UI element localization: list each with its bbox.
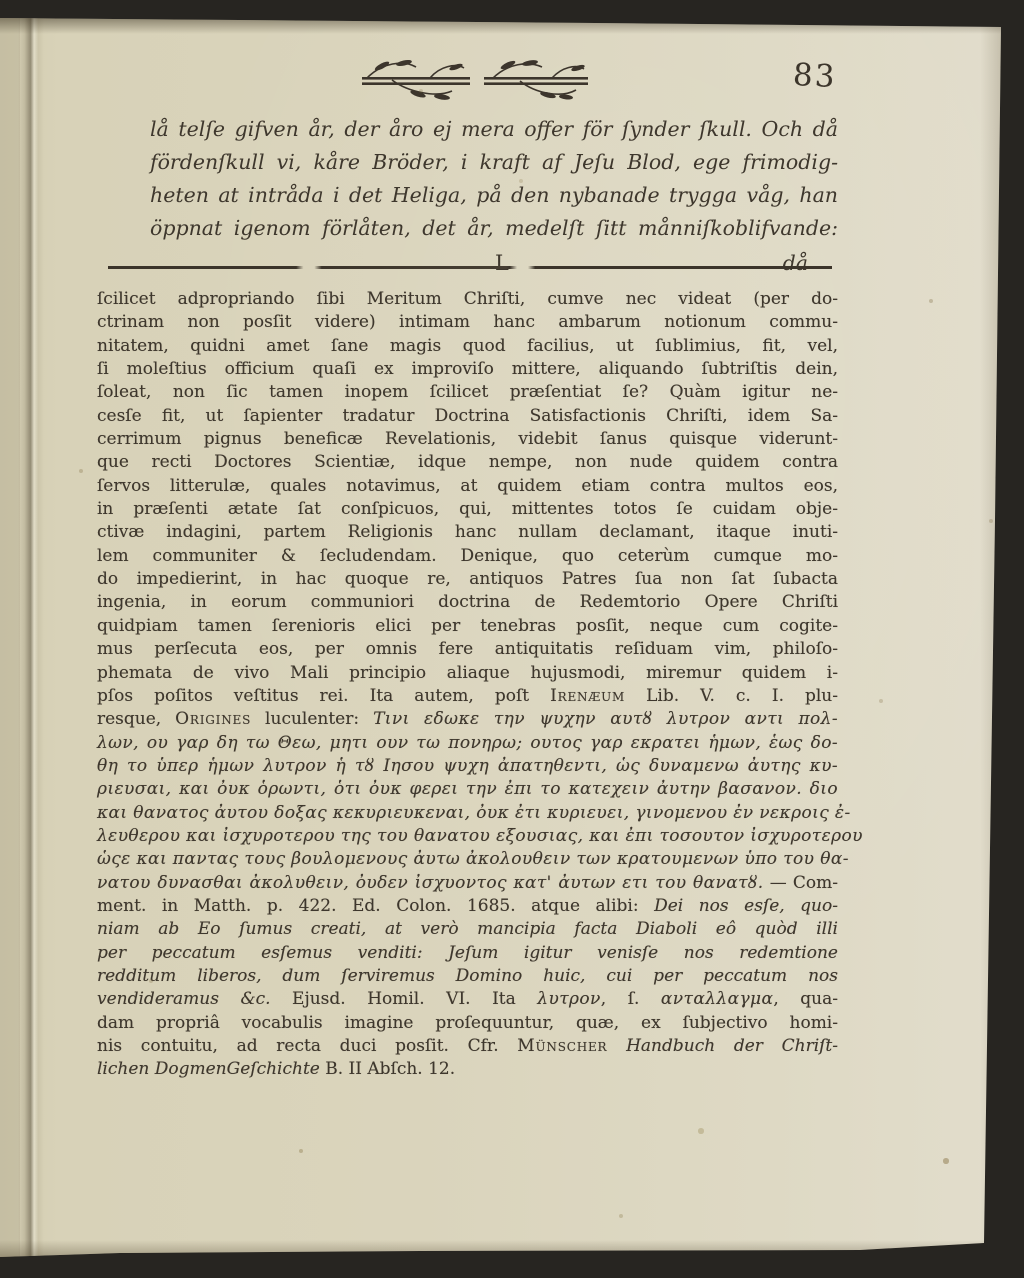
header-lines: lå telſe gifven år, der åro ej mera offe… — [150, 113, 838, 245]
text-line: do impedierint, in hac quoque re, antiqu… — [97, 568, 838, 591]
text-line: ſi moleſtius officium quaſi ex improviſo… — [97, 358, 838, 381]
photo-background: 83 lå telſe gifven år, der åro ej mera o… — [0, 0, 1024, 1278]
page-ornament — [352, 58, 597, 103]
text-segment: λυτρον — [537, 989, 600, 1009]
text-segment: do impedierint, in hac quoque re, antiqu… — [97, 569, 838, 589]
text-segment: nis contuitu, ad recta duci posſit. Cfr. — [97, 1036, 517, 1056]
text-segment: vendideramus &c. — [97, 989, 271, 1009]
text-line: cerrimum pignus beneficæ Revelationis, v… — [97, 428, 838, 451]
text-line: θη το ὑπερ ἡμων λυτρον ἡ τȣ Ιησου ψυχη ἀ… — [97, 755, 838, 778]
text-segment: mus perſecuta eos, per omnis fere antiqu… — [97, 639, 838, 659]
text-segment: Lib. V. c. I. plu- — [625, 686, 838, 706]
header-line: lå telſe gifven år, der åro ej mera offe… — [150, 113, 838, 146]
text-line: phemata de vivo Mali principio aliaque h… — [97, 662, 838, 685]
body-text-block: ſcilicet adpropriando ſibi Meritum Chriſ… — [97, 288, 838, 1082]
text-segment: ſcilicet adpropriando ſibi Meritum Chriſ… — [97, 289, 838, 309]
text-line: quidpiam tamen ſerenioris elici per tene… — [97, 615, 838, 638]
text-segment: — Com- — [764, 873, 838, 893]
text-segment: ment. in Matth. p. 422. Ed. Colon. 1685.… — [97, 896, 654, 916]
text-segment: ὡςε και παντας τους βουλομενους ἀυτω ἀκο… — [97, 849, 849, 869]
text-line: mus perſecuta eos, per omnis fere antiqu… — [97, 638, 838, 661]
header-line: öppnat igenom förlåten, det år, medelſt … — [150, 212, 838, 245]
text-line: lichen DogmenGeſchichte B. II Abſch. 12. — [97, 1058, 838, 1081]
text-segment: Irenæum — [550, 686, 625, 706]
text-segment: Münscher — [517, 1036, 607, 1056]
text-segment: ſoleat, non ſic tamen inopem ſcilicet pr… — [97, 382, 838, 402]
text-segment: Τινι εδωκε την ψυχην αυτȣ λυτρον αντι πο… — [373, 709, 838, 729]
text-line: ὡςε και παντας τους βουλομενους ἀυτω ἀκο… — [97, 848, 838, 871]
text-segment: ανταλλαγμα — [661, 989, 773, 1009]
text-segment: nitatem, quidni amet ſane magis quod fac… — [97, 336, 838, 356]
text-segment: Ejusd. Homil. VI. Ita — [271, 989, 538, 1009]
text-segment: per peccatum esſemus venditi: Jeſum igit… — [97, 943, 838, 963]
text-segment: , ſ. — [601, 989, 661, 1009]
text-segment: cerrimum pignus beneficæ Revelationis, v… — [97, 429, 838, 449]
signature-mark: L — [495, 247, 509, 280]
text-segment: ſi moleſtius officium quaſi ex improviſo… — [97, 359, 838, 379]
header-quotation-block: lå telſe gifven år, der åro ej mera offe… — [150, 113, 838, 277]
gutter-shadow — [0, 18, 20, 1258]
text-segment: λευθερου και ἰσχυροτερου της του θανατου… — [97, 826, 863, 846]
signature-line: L då — [150, 247, 838, 277]
text-segment: Origines — [175, 709, 251, 729]
text-line: in præſenti ætate ſat conſpicuos, qui, m… — [97, 498, 838, 521]
text-line: ctivæ indagini, partem Religionis hanc n… — [97, 521, 838, 544]
bottom-edge-shadow — [0, 1240, 1024, 1260]
text-segment: pſos poſitos veſtitus rei. Ita autem, po… — [97, 686, 550, 706]
header-line: fördenſkull vi, kåre Bröder, i kraft af … — [150, 146, 838, 179]
text-line: ſoleat, non ſic tamen inopem ſcilicet pr… — [97, 381, 838, 404]
text-segment: ingenia, in eorum communiori doctrina de… — [97, 592, 838, 612]
text-line: nitatem, quidni amet ſane magis quod fac… — [97, 335, 838, 358]
text-line: ingenia, in eorum communiori doctrina de… — [97, 591, 838, 614]
text-line: redditum liberos, dum ſerviremus Domino … — [97, 965, 838, 988]
text-segment: lichen DogmenGeſchichte — [97, 1059, 320, 1079]
text-segment: quidpiam tamen ſerenioris elici per tene… — [97, 616, 838, 636]
text-line: λων, ου γαρ δη τω Θεω, μητι ουν τω πονηρ… — [97, 732, 838, 755]
right-edge-shadow — [980, 20, 1006, 1250]
text-segment: niam ab Eo ſumus creati, at verò mancipi… — [97, 919, 838, 939]
text-segment: lem communiter & ſecludendam. Denique, q… — [97, 546, 838, 566]
text-segment: ctrinam non posſit videre) intimam hanc … — [97, 312, 838, 332]
text-line: pſos poſitos veſtitus rei. Ita autem, po… — [97, 685, 838, 708]
text-line: per peccatum esſemus venditi: Jeſum igit… — [97, 942, 838, 965]
text-line: ριευσαι, και ὀυκ ὁρωντι, ὁτι ὀυκ φερει τ… — [97, 778, 838, 801]
text-line: nis contuitu, ad recta duci posſit. Cfr.… — [97, 1035, 838, 1058]
gutter-crease — [18, 18, 44, 1258]
text-segment: ctivæ indagini, partem Religionis hanc n… — [97, 522, 838, 542]
text-line: resque, Origines luculenter: Τινι εδωκε … — [97, 708, 838, 731]
text-line: niam ab Eo ſumus creati, at verò mancipi… — [97, 918, 838, 941]
text-segment: λων, ου γαρ δη τω Θεω, μητι ουν τω πονηρ… — [97, 733, 838, 753]
text-segment: και θανατος ἀυτου δοξας κεκυριευκεναι, ὀ… — [97, 803, 851, 823]
text-segment: , qua- — [773, 989, 838, 1009]
text-segment: redditum liberos, dum ſerviremus Domino … — [97, 966, 838, 986]
text-line: que recti Doctores Scientiæ, idque nempe… — [97, 451, 838, 474]
text-line: και θανατος ἀυτου δοξας κεκυριευκεναι, ὀ… — [97, 802, 838, 825]
paper-specks — [0, 0, 2, 2]
body-lines: ſcilicet adpropriando ſibi Meritum Chriſ… — [97, 288, 838, 1082]
text-line: ctrinam non posſit videre) intimam hanc … — [97, 311, 838, 334]
text-segment: que recti Doctores Scientiæ, idque nempe… — [97, 452, 838, 472]
section-rule — [108, 266, 832, 269]
text-segment: in præſenti ætate ſat conſpicuos, qui, m… — [97, 499, 838, 519]
header-line: heten at intråda i det Heliga, på den ny… — [150, 179, 838, 212]
book-page: 83 lå telſe gifven år, der åro ej mera o… — [0, 0, 1024, 1278]
text-line: λευθερου και ἰσχυροτερου της του θανατου… — [97, 825, 838, 848]
top-edge-shadow — [0, 18, 1024, 34]
page-number: 83 — [792, 57, 837, 95]
text-segment: dam propriâ vocabulis imagine proſequunt… — [97, 1013, 838, 1033]
text-segment: cesſe fit, ut ſapienter tradatur Doctrin… — [97, 406, 838, 426]
text-line: cesſe fit, ut ſapienter tradatur Doctrin… — [97, 405, 838, 428]
text-line: vendideramus &c. Ejusd. Homil. VI. Ita λ… — [97, 988, 838, 1011]
text-line: νατου δυνασθαι ἀκολυθειν, ὀυδεν ἰσχυοντο… — [97, 872, 838, 895]
text-line: ment. in Matth. p. 422. Ed. Colon. 1685.… — [97, 895, 838, 918]
catchword: då — [783, 247, 808, 280]
text-segment: θη το ὑπερ ἡμων λυτρον ἡ τȣ Ιησου ψυχη ἀ… — [97, 756, 838, 776]
text-segment: ſervos litterulæ, quales notavimus, at q… — [97, 476, 838, 496]
text-segment: Handbuch der Chriſt- — [607, 1036, 838, 1056]
text-segment: luculenter: — [251, 709, 373, 729]
text-line: ſervos litterulæ, quales notavimus, at q… — [97, 475, 838, 498]
text-segment: phemata de vivo Mali principio aliaque h… — [97, 663, 838, 683]
text-segment: B. II Abſch. 12. — [320, 1059, 455, 1079]
text-line: lem communiter & ſecludendam. Denique, q… — [97, 545, 838, 568]
text-segment: resque, — [97, 709, 175, 729]
text-segment: ριευσαι, και ὀυκ ὁρωντι, ὁτι ὀυκ φερει τ… — [97, 779, 838, 799]
floral-rule-icon — [352, 58, 597, 103]
text-segment: Dei nos esſe, quo- — [654, 896, 838, 916]
text-segment: νατου δυνασθαι ἀκολυθειν, ὀυδεν ἰσχυοντο… — [97, 873, 764, 893]
text-line: ſcilicet adpropriando ſibi Meritum Chriſ… — [97, 288, 838, 311]
text-line: dam propriâ vocabulis imagine proſequunt… — [97, 1012, 838, 1035]
